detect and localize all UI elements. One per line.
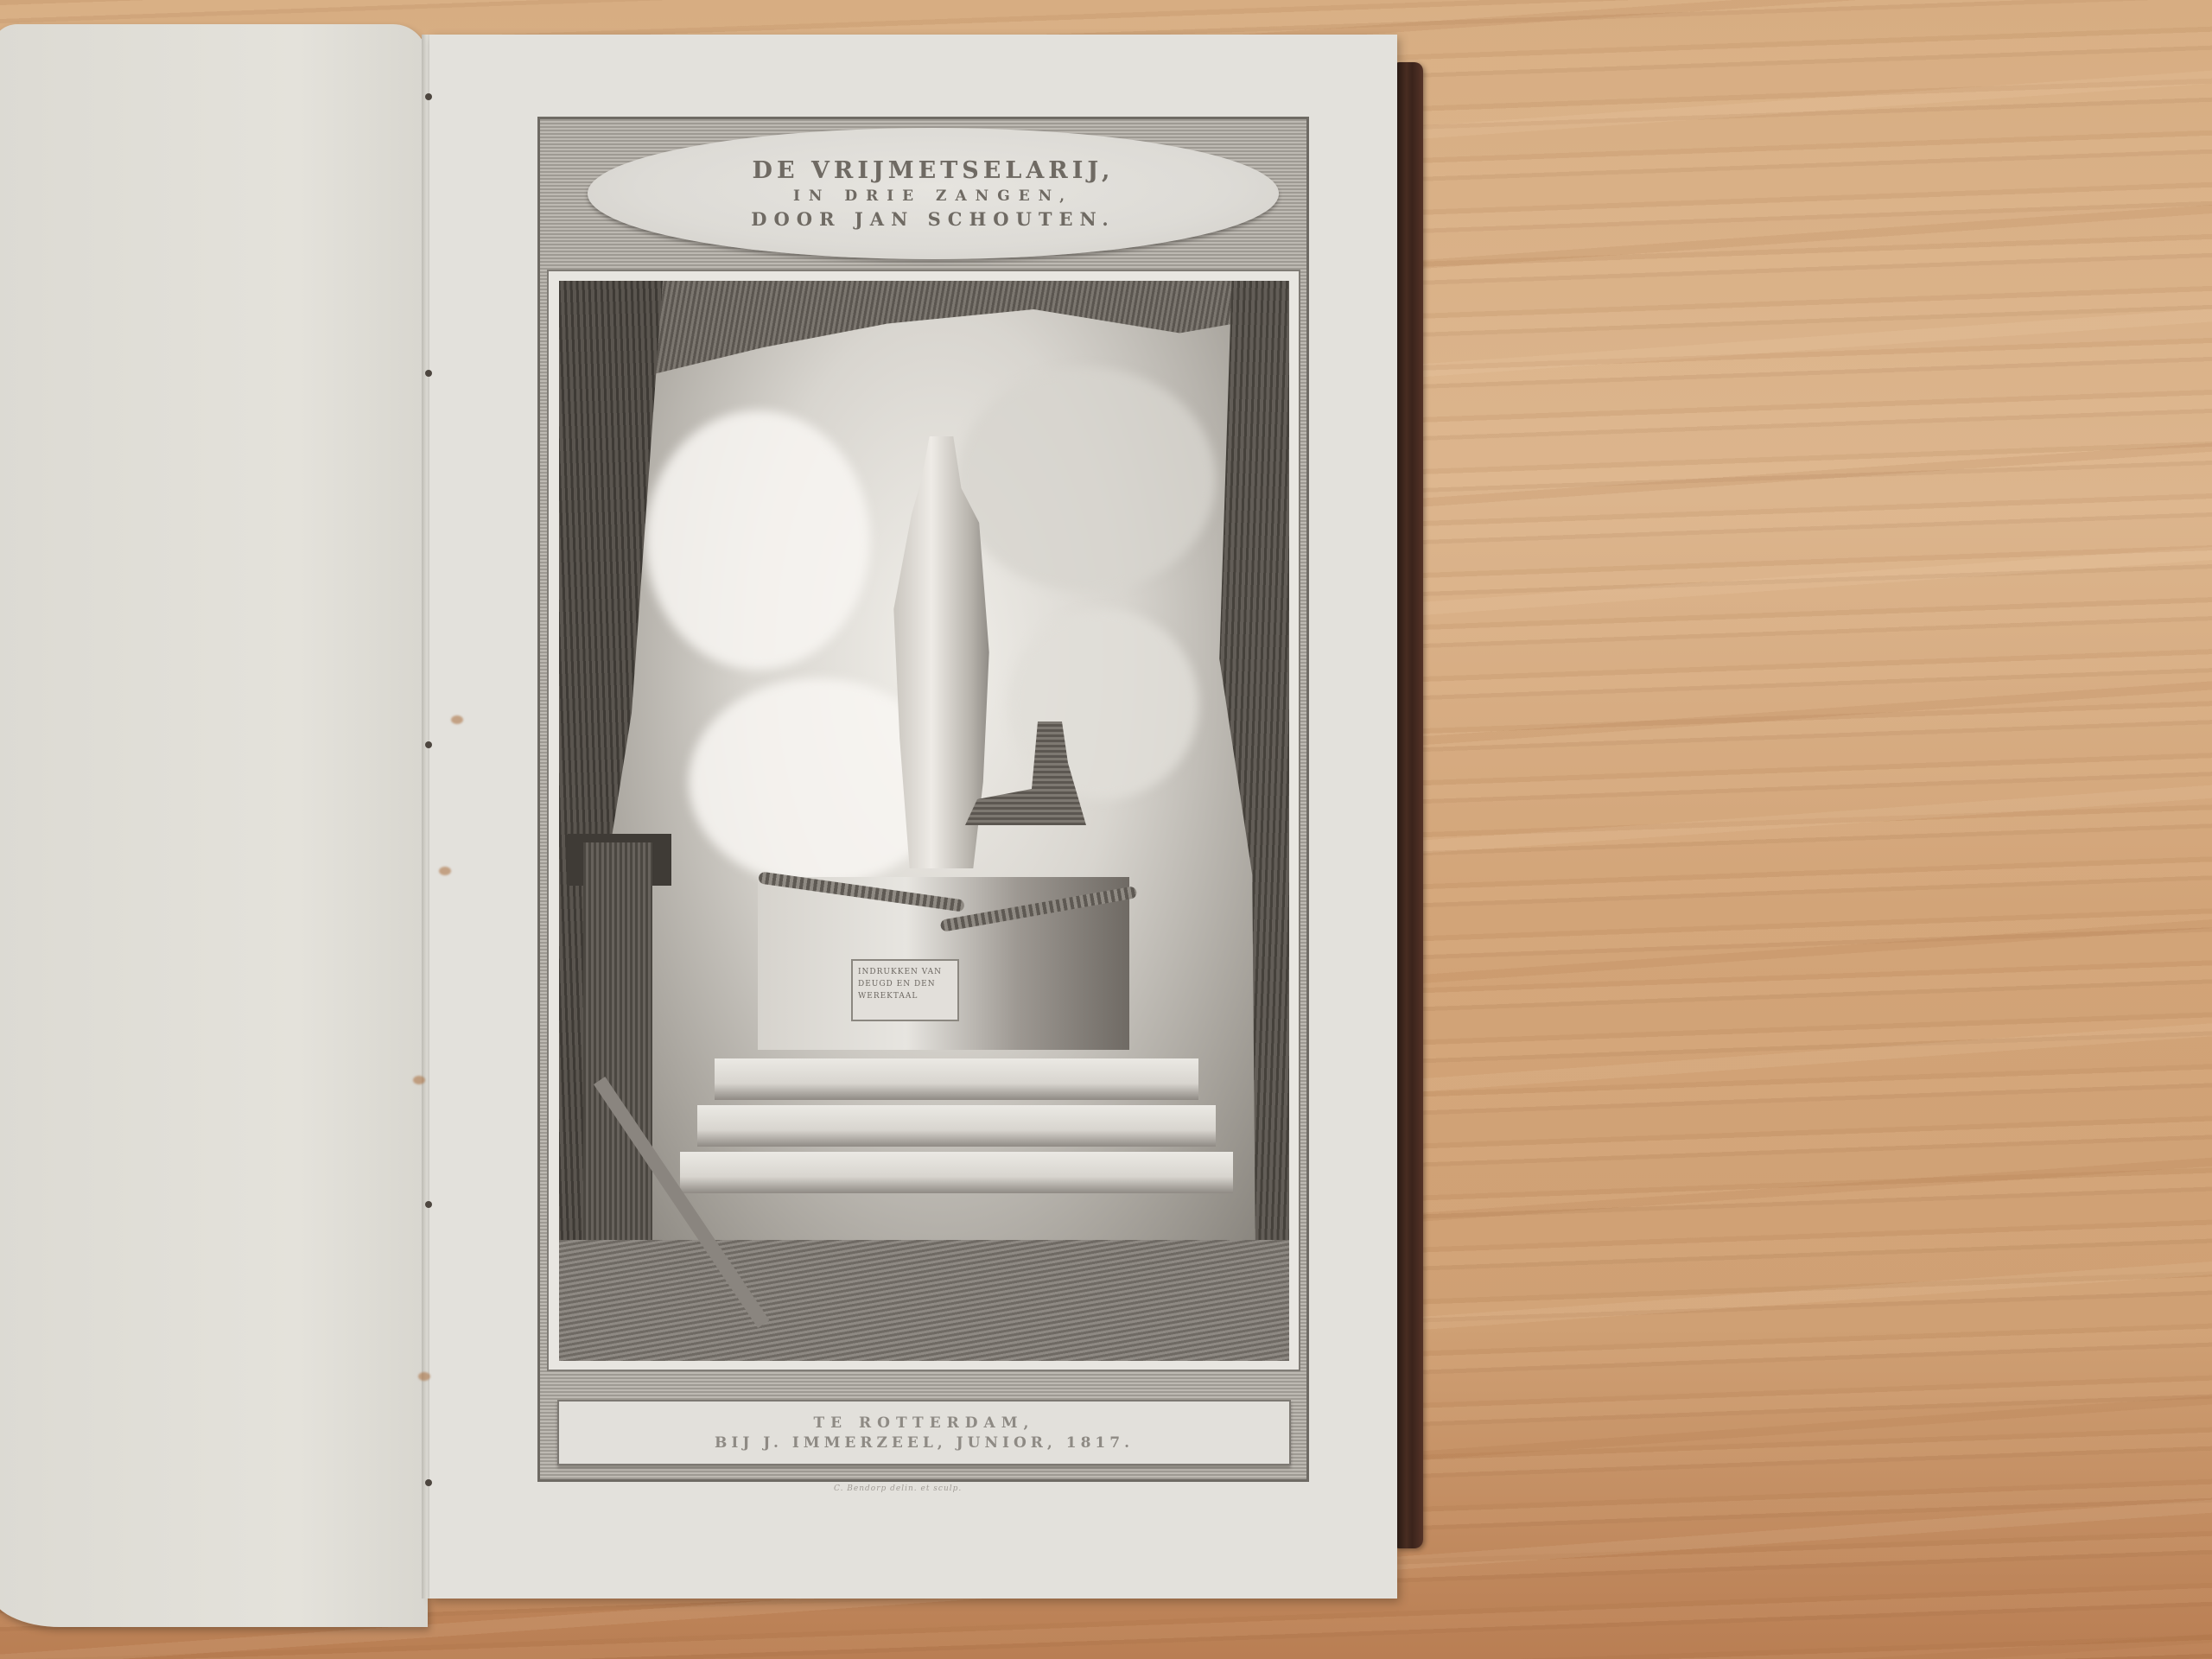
- plaque-line-3: WEREKTAAL: [858, 990, 952, 1002]
- left-blank-page: [0, 24, 428, 1627]
- book-title: DE VRIJMETSELARIJ,: [753, 157, 1115, 184]
- imprint-publisher: BIJ J. IMMERZEEL, JUNIOR, 1817.: [715, 1434, 1134, 1452]
- binding-stitch-hole: [425, 1479, 432, 1486]
- imprint-box: TE ROTTERDAM, BIJ J. IMMERZEEL, JUNIOR, …: [557, 1400, 1291, 1465]
- imprint-place: TE ROTTERDAM,: [814, 1414, 1035, 1432]
- foxing-stain: [439, 867, 451, 875]
- pedestal-plaque: INDRUKKEN VAN DEUGD EN DEN WEREKTAAL: [851, 959, 959, 1021]
- curtain-valance: [559, 281, 1289, 376]
- engraver-credit: C. Bendorp delin. et sculp.: [834, 1484, 962, 1493]
- step: [680, 1152, 1233, 1193]
- binding-stitch-hole: [425, 93, 432, 100]
- title-cartouche: DE VRIJMETSELARIJ, IN DRIE ZANGEN, DOOR …: [588, 128, 1279, 259]
- book-subtitle: IN DRIE ZANGEN,: [793, 188, 1073, 205]
- cloud: [645, 410, 870, 670]
- floor: [559, 1240, 1289, 1361]
- step: [715, 1058, 1198, 1100]
- foxing-stain: [418, 1372, 430, 1381]
- binding-stitch-hole: [425, 1201, 432, 1208]
- book-author: DOOR JAN SCHOUTEN.: [751, 208, 1115, 230]
- engraved-illustration: INDRUKKEN VAN DEUGD EN DEN WEREKTAAL: [559, 281, 1289, 1361]
- step: [697, 1105, 1216, 1147]
- book-back-cover-edge: [1395, 62, 1423, 1548]
- plaque-line-2: DEUGD EN DEN: [858, 978, 952, 990]
- foxing-stain: [451, 715, 463, 724]
- binding-stitch-hole: [425, 370, 432, 377]
- foxing-stain: [413, 1076, 425, 1084]
- stone-steps: [663, 1058, 1233, 1198]
- plaque-line-1: INDRUKKEN VAN: [858, 966, 952, 978]
- cloud: [957, 367, 1216, 592]
- binding-stitch-hole: [425, 741, 432, 748]
- curtain-right: [1207, 281, 1289, 1361]
